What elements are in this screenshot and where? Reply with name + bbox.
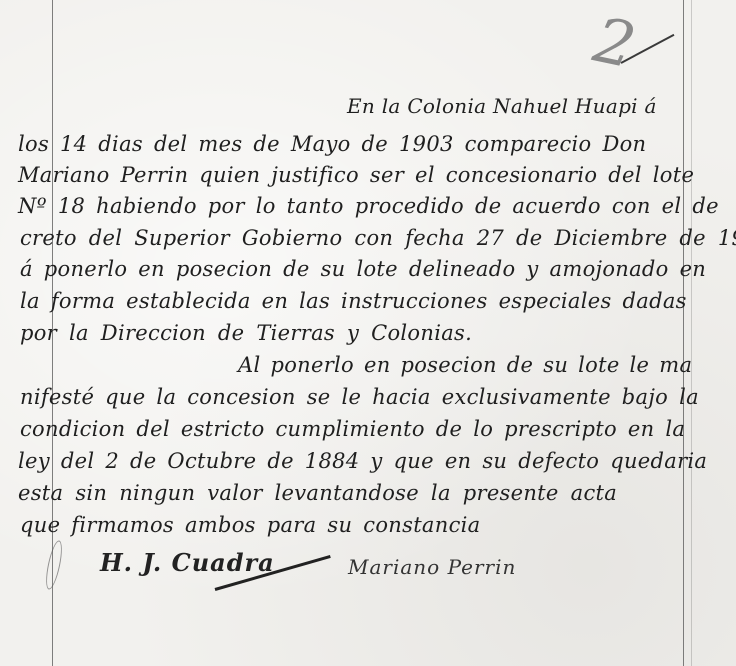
page-number-text: 2 (588, 3, 640, 82)
document-page: 2 En la Colonia Nahuel Huapi á los 14 di… (0, 0, 736, 666)
text-line-14: que firmamos ambos para su constancia (20, 515, 480, 536)
text-line-7: la forma establecida en las instruccione… (20, 291, 687, 312)
signature-official: H. J. Cuadra (100, 551, 275, 575)
signature-flourish (43, 539, 65, 590)
text-line-2: los 14 dias del mes de Mayo de 1903 comp… (18, 134, 646, 155)
text-line-9: Al ponerlo en posecion de su lote le ma (238, 355, 692, 376)
signature-concessionaire: Mariano Perrin (348, 557, 516, 577)
text-line-6: á ponerlo en posecion de su lote delinea… (20, 259, 706, 280)
text-line-3: Mariano Perrin quien justifico ser el co… (18, 165, 694, 186)
page-number: 2 (589, 9, 639, 77)
right-margin-rule (683, 0, 684, 666)
text-line-12: ley del 2 de Octubre de 1884 y que en su… (18, 451, 707, 472)
text-line-10: nifesté que la concesion se le hacia exc… (20, 387, 699, 408)
text-line-13: esta sin ningun valor levantandose la pr… (18, 483, 617, 504)
text-line-5: creto del Superior Gobierno con fecha 27… (20, 228, 736, 249)
right-margin-rule-faint (691, 0, 692, 666)
text-line-4: Nº 18 habiendo por lo tanto procedido de… (18, 196, 719, 217)
text-line-11: condicion del estricto cumplimiento de l… (20, 419, 685, 440)
text-line-1: En la Colonia Nahuel Huapi á (347, 96, 657, 116)
text-line-8: por la Direccion de Tierras y Colonias. (20, 323, 472, 344)
